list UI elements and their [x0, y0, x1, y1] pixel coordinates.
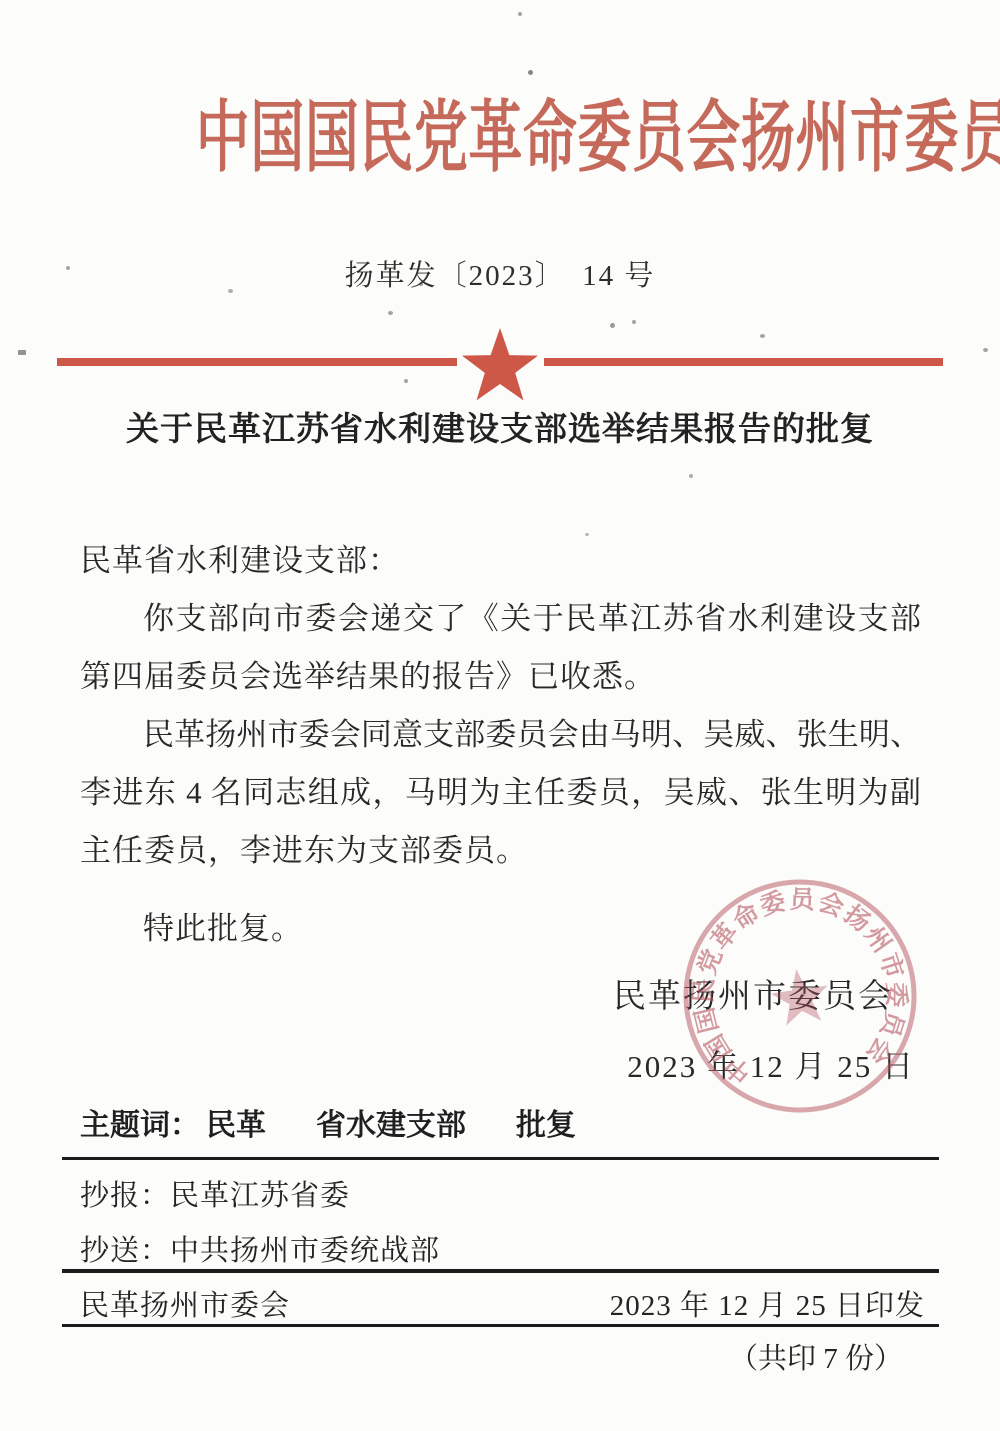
salutation: 民革省水利建设支部：	[80, 532, 921, 590]
scan-speck	[760, 334, 765, 338]
scan-speck	[585, 533, 589, 536]
issuer-row: 民革扬州市委会 2023 年 12 月 25 日印发	[80, 1288, 925, 1324]
subject-term: 民革	[206, 1109, 266, 1142]
red-rule-right	[544, 358, 943, 366]
copy-report-label: 抄报：	[80, 1180, 170, 1212]
star-icon	[460, 326, 540, 404]
scan-speck	[632, 320, 636, 324]
subject-term: 批复	[516, 1109, 576, 1142]
copy-send-value: 中共扬州市委统战部	[170, 1235, 440, 1267]
document-body: 民革省水利建设支部： 你支部向市委会递交了《关于民革江苏省水利建设支部 第四届委…	[80, 532, 921, 1096]
scan-speck	[18, 350, 26, 355]
subject-term: 省水建支部	[316, 1109, 466, 1142]
scan-speck	[610, 323, 615, 328]
letterhead-org-title: 中国国民党革命委员会扬州市委员会	[196, 88, 1000, 188]
print-date: 2023 年 12 月 25 日印发	[610, 1288, 925, 1324]
document-title: 关于民革江苏省水利建设支部选举结果报告的批复	[0, 406, 1000, 452]
divider-line	[62, 1269, 939, 1273]
closing-line: 特此批复。	[80, 900, 921, 958]
scan-speck	[66, 266, 70, 270]
copies-note: （共印 7 份）	[729, 1341, 939, 1377]
scan-speck	[228, 289, 233, 293]
copy-send-row: 抄送：中共扬州市委统战部	[80, 1233, 440, 1269]
signature-org: 民革扬州市委员会	[80, 968, 921, 1026]
document-page: 中国国民党革命委员会扬州市委员会 扬革发〔2023〕 14 号 关于民革江苏省水…	[0, 0, 1000, 1431]
signature-date: 2023 年 12 月 25 日	[80, 1038, 921, 1096]
body-line: 主任委员，李进东为支部委员。	[80, 822, 921, 880]
issuer-name: 民革扬州市委会	[80, 1288, 290, 1324]
divider-line	[62, 1157, 939, 1160]
scan-speck	[419, 282, 423, 286]
copy-report-value: 民革江苏省委	[170, 1180, 350, 1212]
red-rule-left	[57, 358, 457, 366]
scan-speck	[518, 12, 522, 16]
letterhead: 中国国民党革命委员会扬州市委员会	[0, 88, 1000, 188]
copy-send-label: 抄送：	[80, 1235, 170, 1267]
copy-report-row: 抄报：民革江苏省委	[80, 1178, 350, 1214]
scan-speck	[689, 474, 693, 478]
copies-row: （共印 7 份）	[62, 1341, 939, 1377]
subject-row: 主题词：民革省水建支部批复	[80, 1108, 576, 1144]
body-line: 李进东 4 名同志组成，马明为主任委员，吴威、张生明为副	[80, 764, 921, 822]
scan-speck	[983, 348, 988, 352]
doc-number: 扬革发〔2023〕 14 号	[0, 250, 1000, 302]
scan-speck	[388, 311, 393, 315]
subject-label: 主题词：	[80, 1109, 200, 1142]
scan-speck	[404, 379, 408, 383]
body-line: 第四届委员会选举结果的报告》已收悉。	[80, 648, 921, 706]
body-line: 民革扬州市委会同意支部委员会由马明、吴威、张生明、	[80, 706, 921, 764]
scan-speck	[528, 70, 533, 75]
divider-line	[62, 1324, 939, 1327]
body-line: 你支部向市委会递交了《关于民革江苏省水利建设支部	[80, 590, 921, 648]
